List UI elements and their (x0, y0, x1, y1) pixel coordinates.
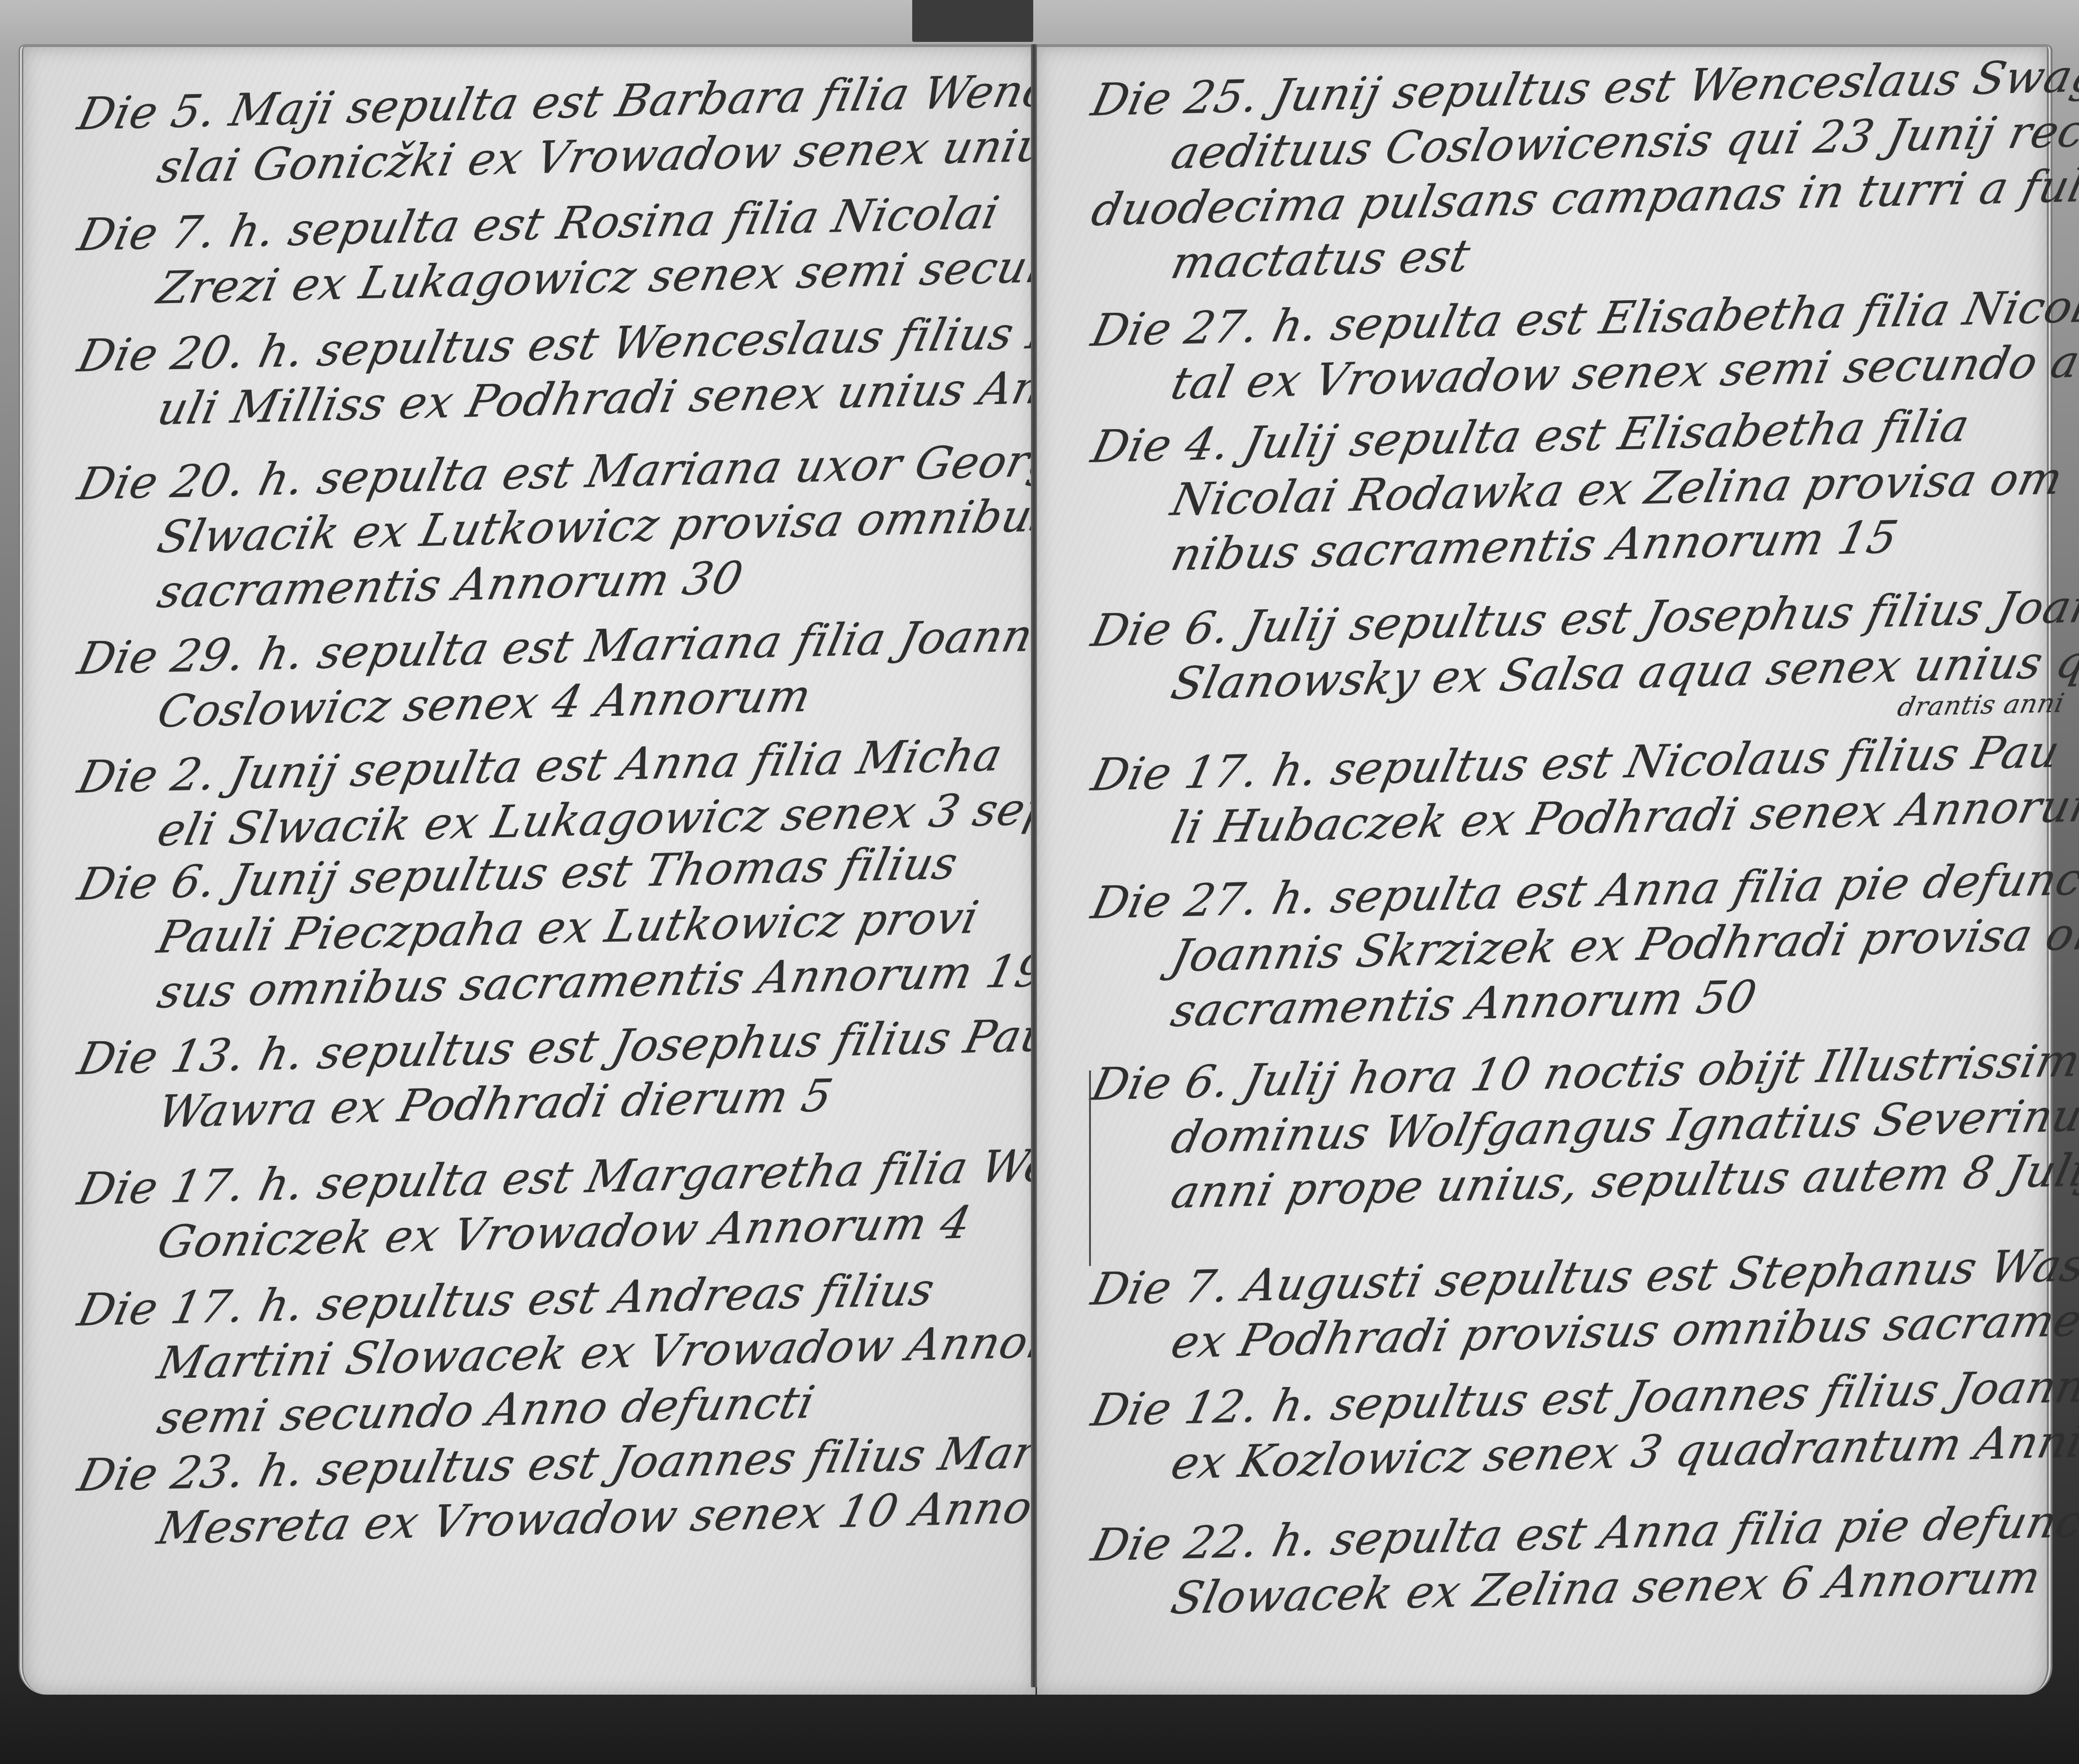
burial-entry: Die 4. Julij sepulta est Elisabetha fili… (1093, 419, 2019, 584)
burial-entry: Die 23. h. sepultus est Joannes filius M… (79, 1448, 1008, 1558)
right-page: Die 25. Junij sepultus est Wenceslaus Sw… (1037, 44, 2052, 1695)
burial-entry: Die 6. Julij sepultus est Josephus filiu… (1093, 603, 2019, 741)
burial-entry: Die 17. h. sepultus est Andreas filius M… (79, 1283, 1008, 1448)
burial-entry: Die 22. h. sepulta est Anna filia pie de… (1093, 1518, 2019, 1628)
burial-entry: Die 12. h. sepultus est Joannes filius J… (1093, 1383, 2019, 1493)
burial-entry: Die 20. h. sepulta est Mariana uxor Geor… (79, 457, 1008, 621)
margin-bracket-line (1089, 1071, 1091, 1266)
burial-entry: Die 6. Junij sepultus est Thomas filius … (79, 857, 1008, 1022)
open-register-book: Die 5. Maji sepulta est Barbara filia We… (0, 0, 2079, 1764)
burial-entry: Die 29. h. sepulta est Mariana filia Joa… (79, 631, 1008, 741)
left-page-entries: Die 5. Maji sepulta est Barbara filia We… (23, 47, 1036, 1695)
burial-entry: Die 5. Maji sepulta est Barbara filia We… (79, 87, 1008, 196)
burial-entry: Die 17. h. sepulta est Margaretha filia … (79, 1162, 1008, 1272)
burial-entry: Die 6. Julij hora 10 noctis obijt Illust… (1093, 1057, 2019, 1222)
burial-entry: Die 7. Augusti sepultus est Stephanus Wa… (1093, 1262, 2019, 1372)
burial-entry: Die 20. h. sepultus est Wenceslaus filiu… (79, 329, 1008, 438)
burial-entry: Die 17. h. sepultus est Nicolaus filius … (1093, 747, 2019, 857)
left-page: Die 5. Maji sepulta est Barbara filia We… (19, 44, 1036, 1695)
book-gutter (1031, 44, 1037, 1687)
burial-entry: Die 25. Junij sepultus est Wenceslaus Sw… (1093, 73, 2019, 292)
burial-entry: Die 13. h. sepultus est Josephus filius … (79, 1031, 1008, 1141)
burial-entry: Die 7. h. sepulta est Rosina filia Nicol… (79, 208, 1008, 317)
right-page-entries: Die 25. Junij sepultus est Wenceslaus Sw… (1037, 47, 2047, 1695)
burial-entry: Die 27. h. sepulta est Elisabetha filia … (1093, 303, 2019, 413)
burial-entry: Die 27. h. sepulta est Anna filia pie de… (1093, 875, 2019, 1040)
